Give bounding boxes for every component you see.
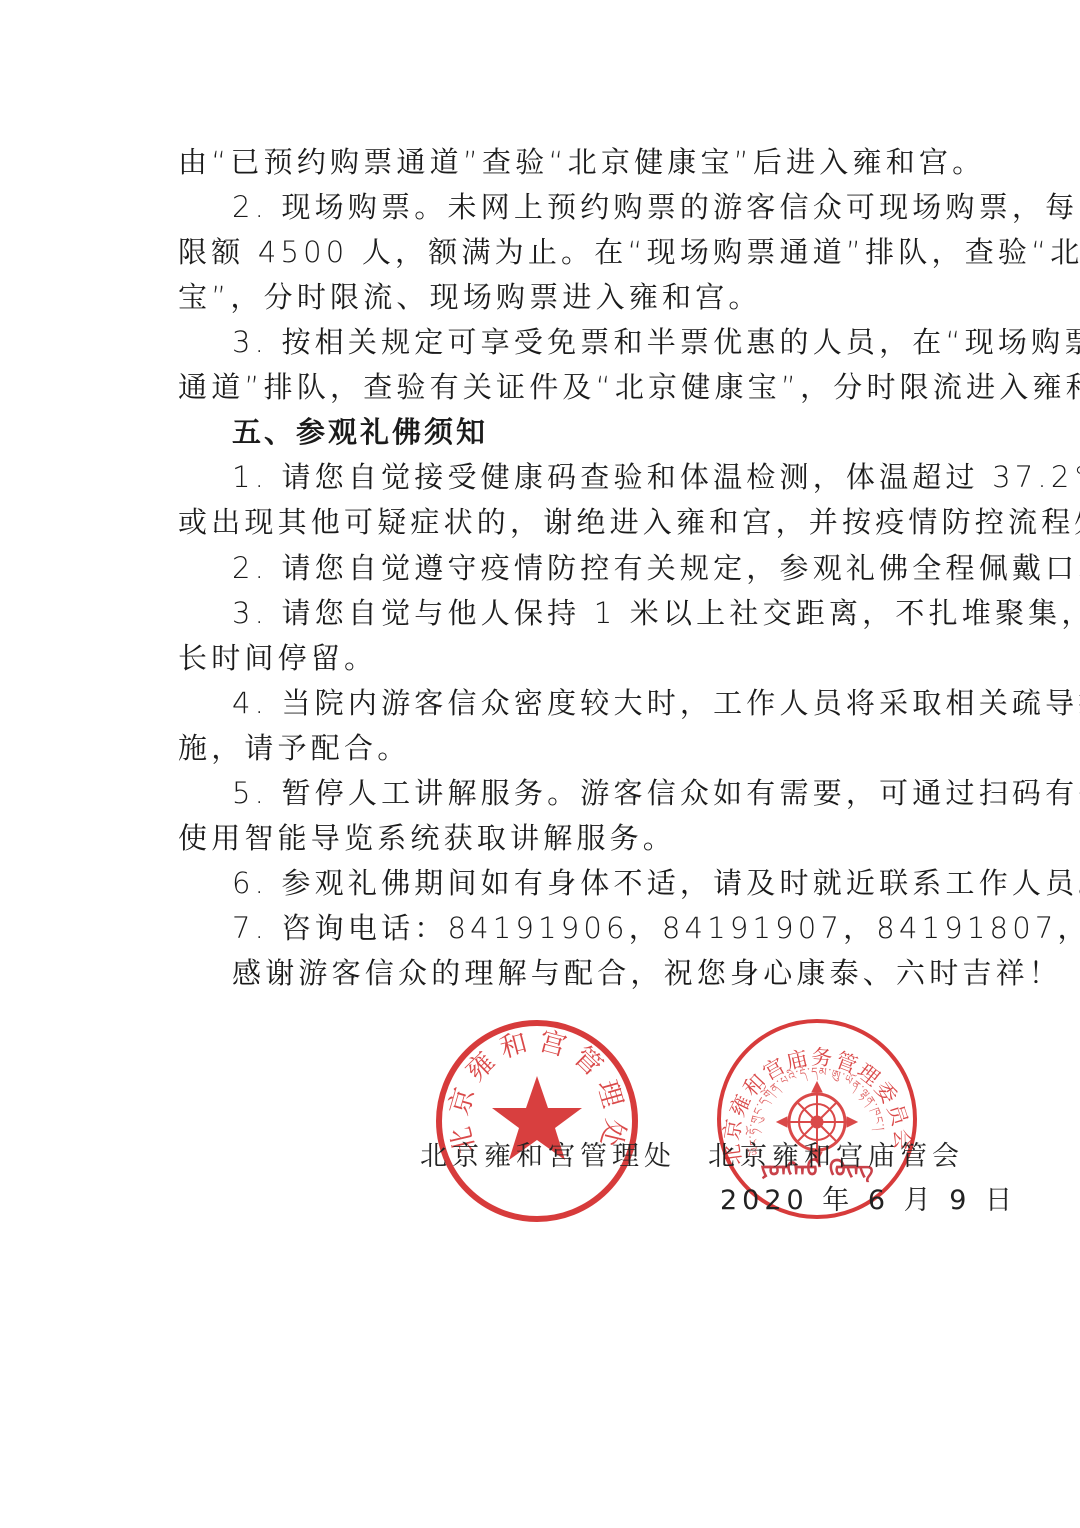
section-heading: 五、参观礼佛须知 (232, 410, 992, 454)
closing-line: 感谢游客信众的理解与配合，祝您身心康泰、六时吉祥！ (232, 951, 992, 995)
body-line: 由“已预约购票通道”查验“北京健康宝”后进入雍和宫。 (178, 140, 938, 184)
body-line: 1. 请您自觉接受健康码查验和体温检测，体温超过 37.2℃ (232, 455, 992, 499)
document-date: 2020 年 6 月 9 日 (720, 1178, 1017, 1217)
body-line: 4. 当院内游客信众密度较大时，工作人员将采取相关疏导措 (232, 681, 992, 725)
body-line: 限额 4500 人，额满为止。在“现场购票通道”排队，查验“北京健康 (178, 230, 938, 274)
body-line: 6. 参观礼佛期间如有身体不适，请及时就近联系工作人员。 (232, 861, 992, 905)
body-line: 使用智能导览系统获取讲解服务。 (178, 816, 938, 860)
body-line: 通道”排队，查验有关证件及“北京健康宝”，分时限流进入雍和宫。 (178, 365, 938, 409)
document-page: 由“已预约购票通道”查验“北京健康宝”后进入雍和宫。 2. 现场购票。未网上预约… (0, 0, 1080, 1528)
official-seal-left: 北京雍和宫管理处 (432, 1016, 642, 1226)
signature-right-org: 北京雍和宫庙管会 (708, 1134, 964, 1173)
body-line: 3. 按相关规定可享受免票和半票优惠的人员，在“现场购票 (232, 320, 992, 364)
signature-left-org: 北京雍和宫管理处 (420, 1134, 676, 1173)
body-line: 2. 请您自觉遵守疫情防控有关规定，参观礼佛全程佩戴口罩。 (232, 546, 992, 590)
body-line: 施，请予配合。 (178, 726, 938, 770)
body-line: 3. 请您自觉与他人保持 1 米以上社交距离，不扎堆聚集，不 (232, 591, 992, 635)
body-line: 长时间停留。 (178, 636, 938, 680)
body-line: 5. 暂停人工讲解服务。游客信众如有需要，可通过扫码有偿 (232, 771, 992, 815)
body-line: 宝”，分时限流、现场购票进入雍和宫。 (178, 275, 938, 319)
body-line: 2. 现场购票。未网上预约购票的游客信众可现场购票，每日 (232, 185, 992, 229)
contact-phone-line: 7. 咨询电话：84191906，84191907，84191807，84191… (232, 906, 992, 950)
body-line: 或出现其他可疑症状的，谢绝进入雍和宫，并按疫情防控流程处置。 (178, 500, 938, 544)
